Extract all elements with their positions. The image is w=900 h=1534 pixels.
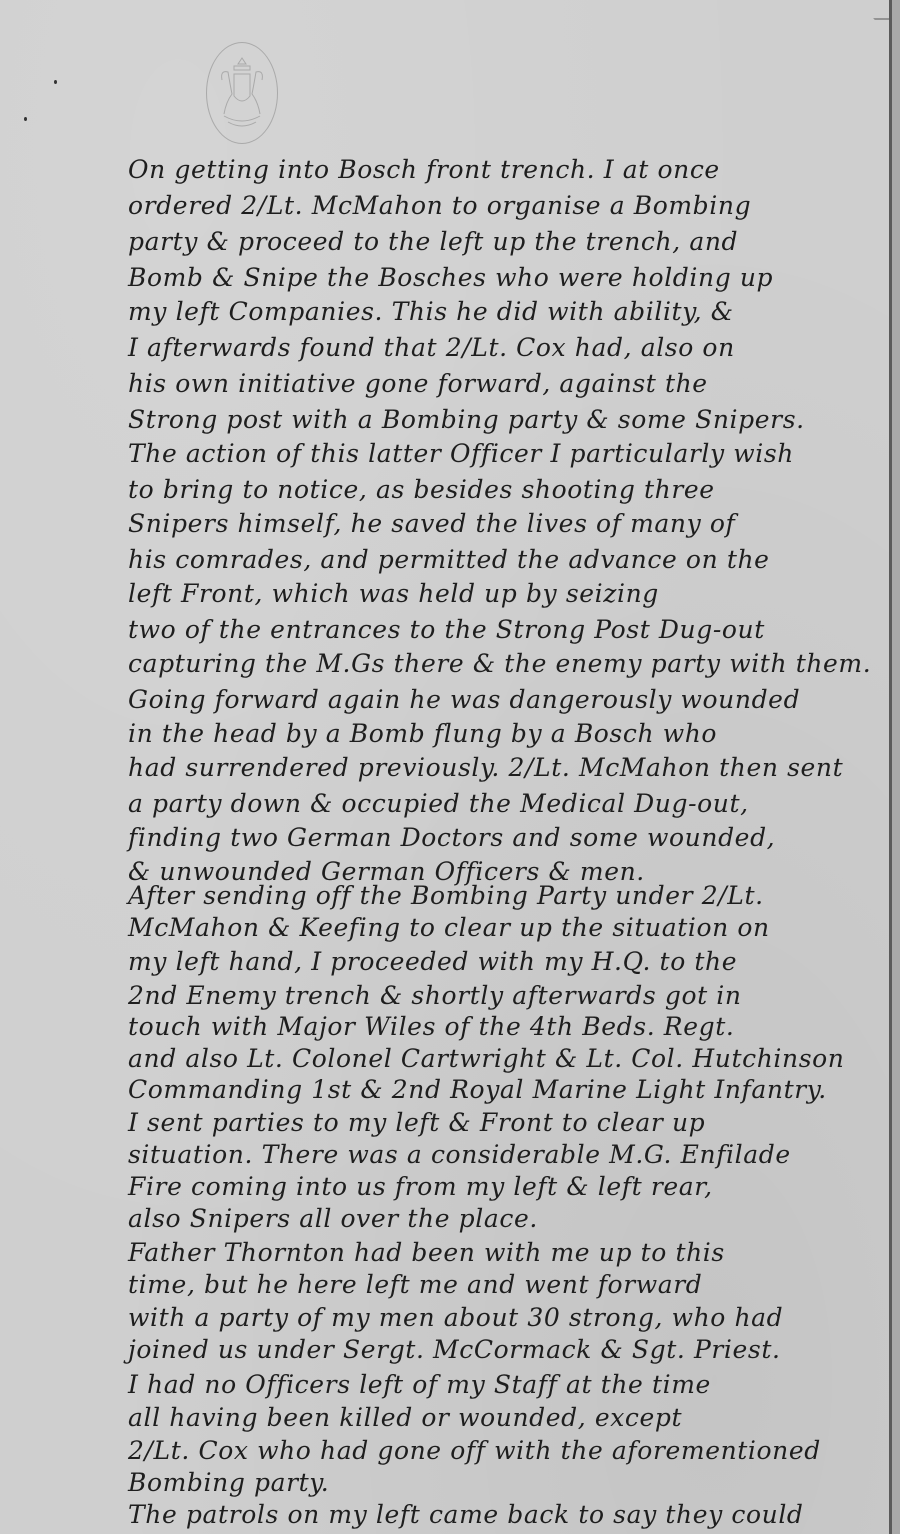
text-line: Bombing party.: [128, 1468, 888, 1498]
text-line: I afterwards found that 2/Lt. Cox had, a…: [128, 333, 888, 363]
text-line: Father Thornton had been with me up to t…: [128, 1238, 888, 1268]
text-line: The patrols on my left came back to say …: [128, 1500, 888, 1530]
text-line: Bomb & Snipe the Bosches who were holdin…: [128, 263, 888, 293]
text-line: touch with Major Wiles of the 4th Beds. …: [128, 1012, 888, 1042]
text-line: On getting into Bosch front trench. I at…: [128, 155, 888, 185]
text-line: finding two German Doctors and some woun…: [128, 823, 888, 853]
paper-speck: [517, 202, 520, 206]
text-line: a party down & occupied the Medical Dug-…: [128, 789, 888, 819]
text-line: capturing the M.Gs there & the enemy par…: [128, 649, 888, 679]
text-line: After sending off the Bombing Party unde…: [128, 881, 888, 911]
text-line: I had no Officers left of my Staff at th…: [128, 1370, 888, 1400]
text-line: and also Lt. Colonel Cartwright & Lt. Co…: [128, 1044, 888, 1074]
text-line: The action of this latter Officer I part…: [128, 439, 888, 469]
text-line: time, but he here left me and went forwa…: [128, 1270, 888, 1300]
text-line: ordered 2/Lt. McMahon to organise a Bomb…: [128, 191, 888, 221]
text-line: I sent parties to my left & Front to cle…: [128, 1108, 888, 1138]
text-line: Strong post with a Bombing party & some …: [128, 405, 888, 435]
text-line: his comrades, and permitted the advance …: [128, 545, 888, 575]
paper-speck: [54, 80, 57, 84]
text-line: Commanding 1st & 2nd Royal Marine Light …: [128, 1075, 888, 1105]
text-line: Snipers himself, he saved the lives of m…: [128, 509, 888, 539]
text-line: joined us under Sergt. McCormack & Sgt. …: [128, 1335, 888, 1365]
text-line: McMahon & Keefing to clear up the situat…: [128, 913, 888, 943]
text-line: also Snipers all over the place.: [128, 1204, 888, 1234]
text-line: 2nd Enemy trench & shortly afterwards go…: [128, 981, 888, 1011]
text-line: two of the entrances to the Strong Post …: [128, 615, 888, 645]
text-line: my left Companies. This he did with abil…: [128, 297, 888, 327]
document-page: On getting into Bosch front trench. I at…: [0, 0, 893, 1534]
paper-speck: [24, 117, 27, 121]
text-line: my left hand, I proceeded with my H.Q. t…: [128, 947, 888, 977]
handwritten-text-body: On getting into Bosch front trench. I at…: [0, 0, 893, 1534]
text-line: in the head by a Bomb flung by a Bosch w…: [128, 719, 888, 749]
text-line: to bring to notice, as besides shooting …: [128, 475, 888, 505]
text-line: his own initiative gone forward, against…: [128, 369, 888, 399]
text-line: Fire coming into us from my left & left …: [128, 1172, 888, 1202]
text-line: situation. There was a considerable M.G.…: [128, 1140, 888, 1170]
text-line: party & proceed to the left up the trenc…: [128, 227, 888, 257]
scan-background: [892, 0, 900, 1534]
text-line: Going forward again he was dangerously w…: [128, 685, 888, 715]
text-line: had surrendered previously. 2/Lt. McMaho…: [128, 753, 888, 783]
text-line: 2/Lt. Cox who had gone off with the afor…: [128, 1436, 888, 1466]
text-line: with a party of my men about 30 strong, …: [128, 1303, 888, 1333]
text-line: all having been killed or wounded, excep…: [128, 1403, 888, 1433]
text-line: left Front, which was held up by seizing: [128, 579, 888, 609]
